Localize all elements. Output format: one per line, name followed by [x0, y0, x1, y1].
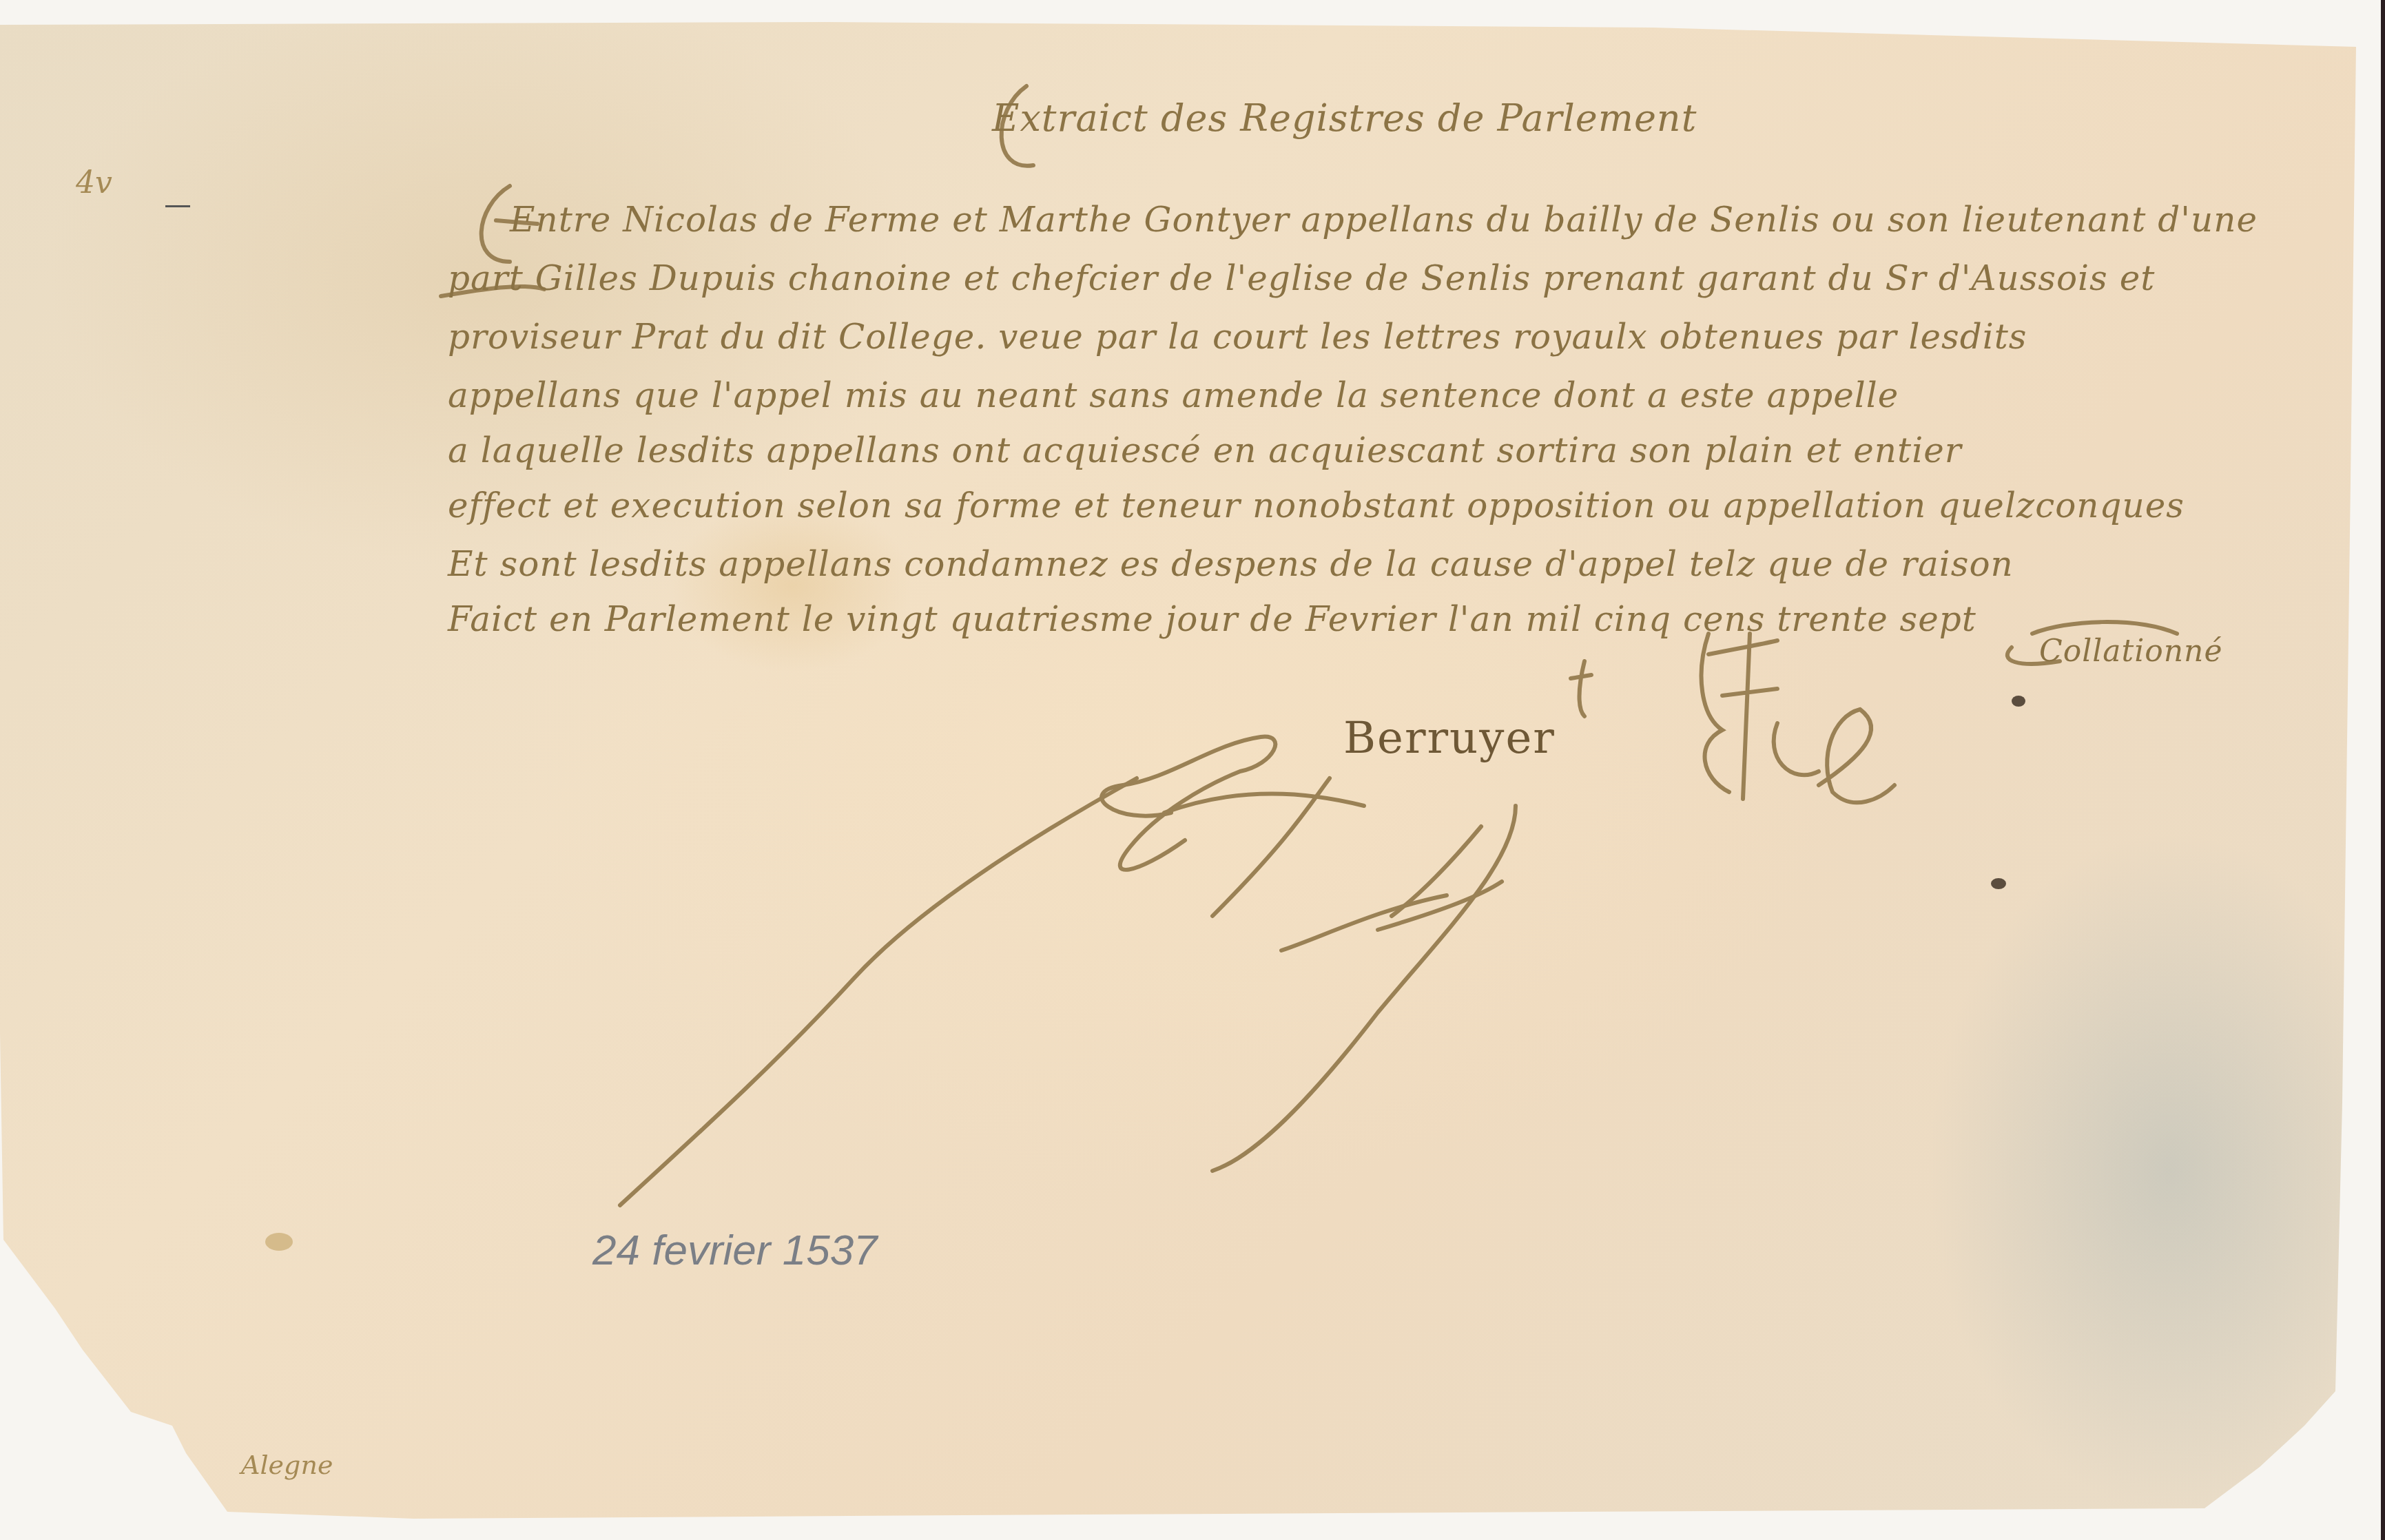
bottom-note: Alegne: [241, 1450, 333, 1480]
clerk-signature: Berruyer: [1343, 713, 1556, 764]
pencil-date-annotation: 24 fevrier 1537: [592, 1226, 878, 1275]
document-heading: Extraict des Registres de Parlement: [992, 96, 1697, 140]
body-line-1: Entre Nicolas de Ferme et Marthe Gontyer…: [510, 200, 2258, 240]
ink-spot: [2012, 696, 2025, 707]
body-line-2: part Gilles Dupuis chanoine et chefcier …: [448, 258, 2155, 298]
body-line-4: appellans que l'appel mis au neant sans …: [448, 375, 1899, 415]
body-line-3: proviseur Prat du dit College. veue par …: [448, 317, 2027, 357]
body-line-7: Et sont lesdits appellans condamnez es d…: [448, 544, 2014, 584]
margin-folio-number: 4v: [76, 165, 112, 200]
damage-spot: [265, 1233, 293, 1251]
body-line-8: Faict en Parlement le vingt quatriesme j…: [448, 599, 1976, 639]
scan-edge: [2381, 0, 2385, 1540]
collationne-signoff: Collationné: [2039, 634, 2223, 669]
body-line-6: effect et execution selon sa forme et te…: [448, 486, 2185, 526]
body-line-5: a laquelle lesdits appellans ont acquies…: [448, 430, 1962, 470]
ink-spot: [1991, 878, 2006, 889]
pencil-dash: [165, 205, 190, 207]
